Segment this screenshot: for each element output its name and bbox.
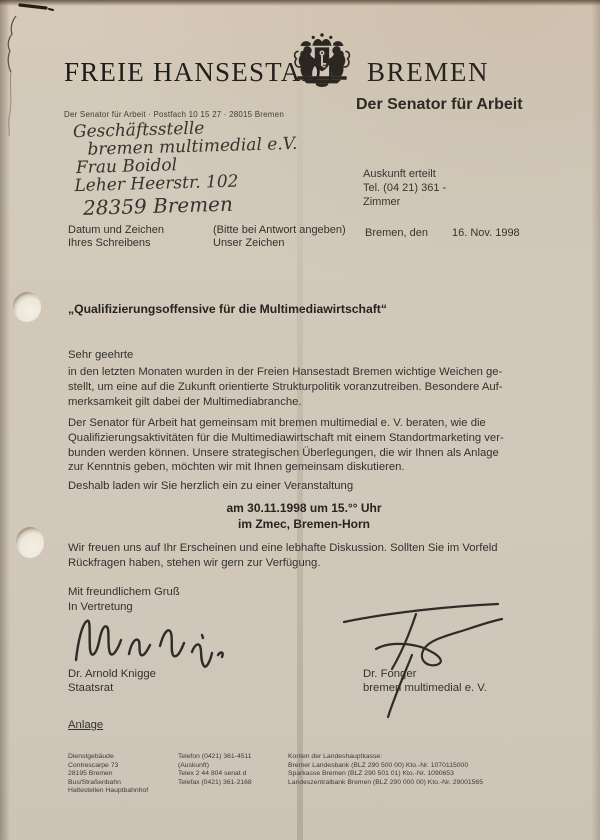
footer-line: Bus/Straßenbahn xyxy=(68,779,148,788)
reference-label-line: Datum und Zeichen xyxy=(68,224,164,237)
footer-line: (Auskunft) xyxy=(178,762,252,771)
reference-our-ref-label: (Bitte bei Antwort angeben) Unser Zeiche… xyxy=(213,224,346,250)
salutation: Sehr geehrte xyxy=(68,349,133,361)
footer-address-column: Dienstgebäude Contrescarpe 73 28195 Brem… xyxy=(68,753,148,796)
reference-your-ref-label: Datum und Zeichen Ihres Schreibens xyxy=(68,224,164,250)
contact-info-block: Auskunft erteilt Tel. (04 21) 361 - Zimm… xyxy=(363,167,446,209)
recipient-line: 28359 Bremen xyxy=(83,193,299,217)
signer-role: Staatsrat xyxy=(68,681,156,695)
closing-representation: In Vertretung xyxy=(68,600,180,615)
scanned-letter-page: FREIE HANSESTADT BREMEN Der Senator für … xyxy=(0,0,600,840)
recipient-line: Leher Heerstr. 102 xyxy=(74,171,298,195)
event-location: im Zmec, Bremen-Horn xyxy=(68,516,540,532)
footer-line: 28195 Bremen xyxy=(68,770,148,779)
bremen-coat-of-arms-icon xyxy=(282,31,362,91)
reference-label-line: Ihres Schreibens xyxy=(68,237,164,250)
reference-note-line: (Bitte bei Antwort angeben) xyxy=(213,224,346,237)
body-line: bunden werden können. Unsere strategisch… xyxy=(68,446,504,461)
closing-block: Mit freundlichem Gruß In Vertretung xyxy=(68,585,180,615)
letter-date: 16. Nov. 1998 xyxy=(452,227,520,239)
enclosure-label: Anlage xyxy=(68,719,103,731)
reference-label-line: Unser Zeichen xyxy=(213,237,346,250)
body-paragraph-1: in den letzten Monaten wurden in der Fre… xyxy=(68,365,503,409)
footer-line: Bremer Landesbank (BLZ 290 500 00) Kto.-… xyxy=(288,762,483,771)
contact-telephone: Tel. (04 21) 361 - xyxy=(363,181,446,195)
staple-mark-icon xyxy=(0,0,70,140)
footer-bank-column: Konten der Landeshauptkasse: Bremer Land… xyxy=(288,753,483,787)
contact-room: Zimmer xyxy=(363,195,446,209)
body-line: Rückfragen haben, stehen wir gern zur Ve… xyxy=(68,556,498,571)
signer-left-block: Dr. Arnold Knigge Staatsrat xyxy=(68,667,156,695)
body-paragraph-2: Der Senator für Arbeit hat gemeinsam mit… xyxy=(68,416,504,475)
body-line: in den letzten Monaten wurden in der Fre… xyxy=(68,365,503,380)
letterhead-city-right: BREMEN xyxy=(367,57,489,88)
punch-hole-top xyxy=(13,292,41,322)
footer-line: Telefon (0421) 361-4511 xyxy=(178,753,252,762)
signature-fonger xyxy=(330,597,510,722)
event-invitation-block: am 30.11.1998 um 15.°° Uhr im Zmec, Brem… xyxy=(68,500,540,532)
footer-line: Konten der Landeshauptkasse: xyxy=(288,753,483,762)
event-datetime: am 30.11.1998 um 15.°° Uhr xyxy=(68,500,540,516)
contact-auskunft-label: Auskunft erteilt xyxy=(363,167,446,181)
footer-line: Landeszentralbank Bremen (BLZ 290 000 00… xyxy=(288,779,483,788)
signer-org: bremen multimedial e. V. xyxy=(363,681,487,695)
body-line: Der Senator für Arbeit hat gemeinsam mit… xyxy=(68,416,504,431)
body-line: merksamkeit gilt dabei der Multimediabra… xyxy=(68,395,503,410)
footer-line: Telex 2 44 804 senat d xyxy=(178,770,252,779)
signature-arnold-knigge xyxy=(68,610,228,670)
footer-line: Contrescarpe 73 xyxy=(68,762,148,771)
body-line: Qualifizierungsaktivitäten für die Multi… xyxy=(68,431,504,446)
recipient-address-handwritten: Geschäftsstelle bremen multimedial e.V. … xyxy=(73,117,300,217)
footer-line: Haltestellen Hauptbahnhof xyxy=(68,787,148,796)
footer-line: Telefax (0421) 361-2168 xyxy=(178,779,252,788)
body-line: Wir freuen uns auf Ihr Erscheinen und ei… xyxy=(68,541,498,556)
signer-name: Dr. Fonger xyxy=(363,667,487,681)
city-date-label: Bremen, den xyxy=(365,227,428,239)
signer-right-block: Dr. Fonger bremen multimedial e. V. xyxy=(363,667,487,695)
body-line: stellt, um eine auf die Zukunft orientie… xyxy=(68,380,503,395)
footer-telecom-column: Telefon (0421) 361-4511 (Auskunft) Telex… xyxy=(178,753,252,787)
closing-greeting: Mit freundlichem Gruß xyxy=(68,585,180,600)
department-title: Der Senator für Arbeit xyxy=(356,96,523,114)
footer-line: Sparkasse Bremen (BLZ 290 501 01) Kto.-N… xyxy=(288,770,483,779)
body-line: zur Kenntnis geben, möchten wir mit Ihne… xyxy=(68,460,504,475)
body-paragraph-4: Wir freuen uns auf Ihr Erscheinen und ei… xyxy=(68,541,498,571)
subject-line: „Qualifizierungsoffensive für die Multim… xyxy=(68,302,387,316)
punch-hole-bottom xyxy=(16,527,44,558)
body-paragraph-3: Deshalb laden wir Sie herzlich ein zu ei… xyxy=(68,479,353,494)
footer-line: Dienstgebäude xyxy=(68,753,148,762)
signer-name: Dr. Arnold Knigge xyxy=(68,667,156,681)
